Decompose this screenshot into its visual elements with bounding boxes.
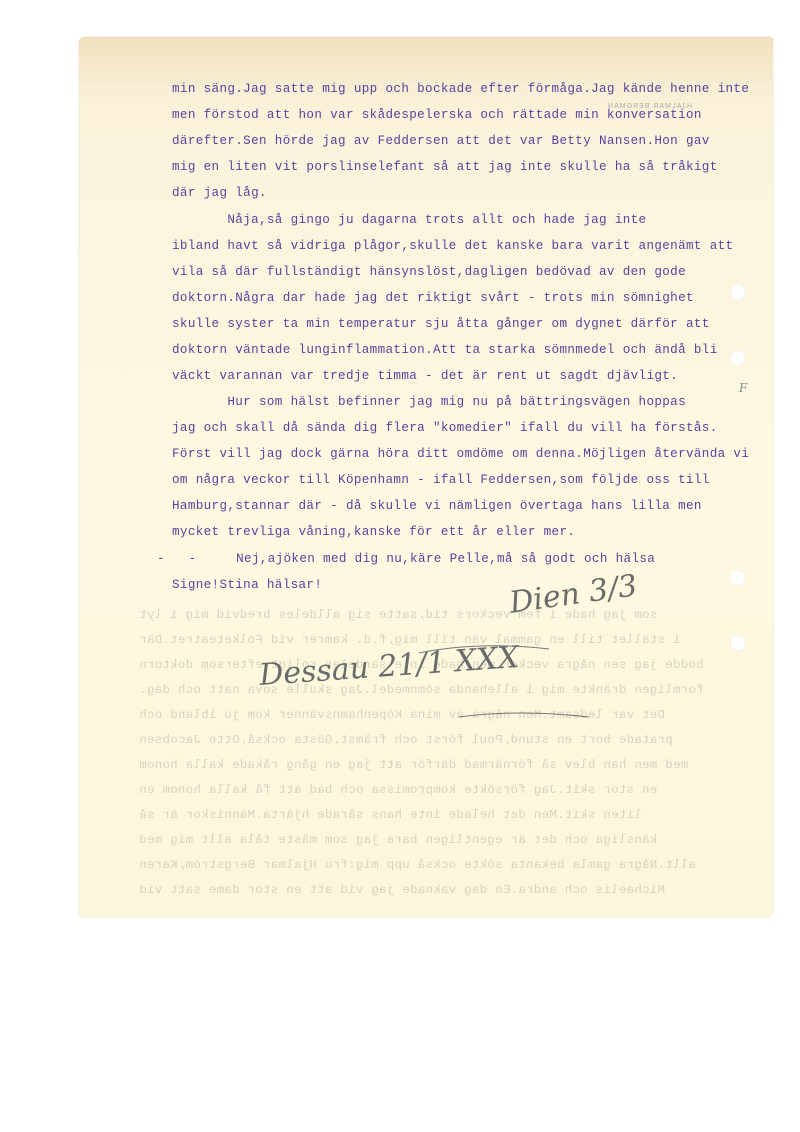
letter-page: HJALMAR BERGMAN som jag hade i fem vecko… <box>79 37 773 917</box>
handwritten-underline-strokes <box>79 37 773 917</box>
